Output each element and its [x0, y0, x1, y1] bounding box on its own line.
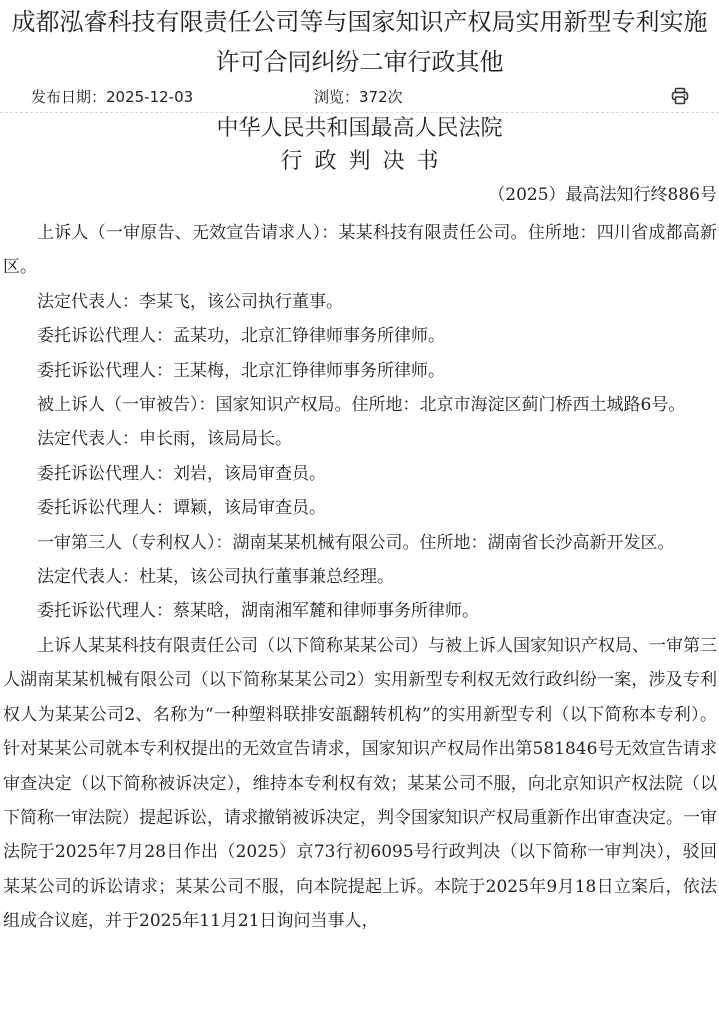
- case-summary: 上诉人某某科技有限责任公司（以下简称某某公司）与被上诉人国家知识产权局、一审第三…: [3, 629, 717, 939]
- party-appellee: 被上诉人（一审被告）：国家知识产权局。住所地：北京市海淀区蓟门桥西土城路6号。: [3, 388, 717, 422]
- meta-bar: 发布日期：2025-12-03 浏览：372次: [0, 84, 719, 110]
- party-third: 一审第三人（专利权人）：湖南某某机械有限公司。住所地：湖南省长沙高新开发区。: [3, 526, 717, 560]
- appellee-legal-rep: 法定代表人：申长雨，该局局长。: [3, 422, 717, 456]
- view-count: 浏览：372次: [314, 86, 403, 107]
- appellee-agent-2: 委托诉讼代理人：谭颖，该局审查员。: [3, 491, 717, 525]
- third-agent: 委托诉讼代理人：蔡某晗，湖南湘军麓和律师事务所律师。: [3, 594, 717, 628]
- appellant-agent-1: 委托诉讼代理人：孟某功，北京汇铮律师事务所律师。: [3, 319, 717, 353]
- printer-icon: [670, 86, 690, 106]
- case-number: （2025）最高法知行终886号: [488, 182, 717, 208]
- document-type: 行政判决书: [0, 147, 719, 177]
- appellee-agent-1: 委托诉讼代理人：刘岩，该局审查员。: [3, 457, 717, 491]
- print-button[interactable]: [670, 86, 690, 106]
- judgment-body: 上诉人（一审原告、无效宣告请求人）：某某科技有限责任公司。住所地：四川省成都高新…: [3, 216, 717, 939]
- appellant-legal-rep: 法定代表人：李某飞，该公司执行董事。: [3, 285, 717, 319]
- publish-date: 发布日期：2025-12-03: [31, 86, 193, 107]
- third-legal-rep: 法定代表人：杜某，该公司执行董事兼总经理。: [3, 560, 717, 594]
- party-appellant: 上诉人（一审原告、无效宣告请求人）：某某科技有限责任公司。住所地：四川省成都高新…: [3, 216, 717, 285]
- page-title: 成都泓睿科技有限责任公司等与国家知识产权局实用新型专利实施许可合同纠纷二审行政其…: [0, 2, 719, 82]
- court-name: 中华人民共和国最高人民法院: [0, 114, 719, 144]
- header-divider: [0, 112, 719, 113]
- appellant-agent-2: 委托诉讼代理人：王某梅，北京汇铮律师事务所律师。: [3, 354, 717, 388]
